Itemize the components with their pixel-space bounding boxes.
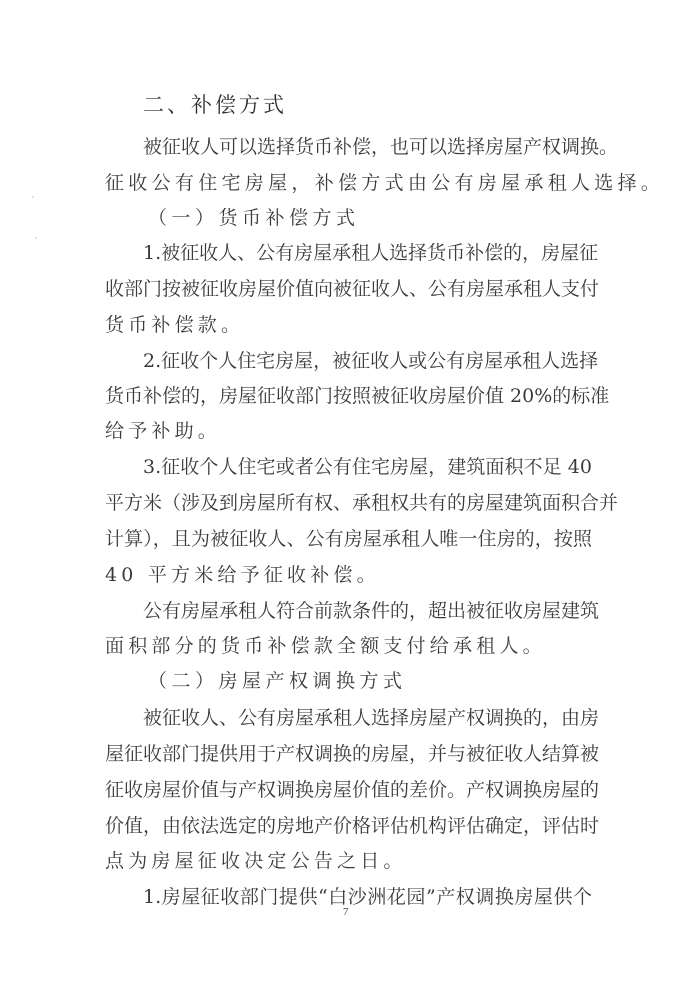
paragraph-line: 货币补偿款。 bbox=[105, 312, 592, 338]
paragraph-line: 屋征收部门提供用于产权调换的房屋，并与被征收人结算被 bbox=[105, 741, 592, 767]
section-heading: 二、补偿方式 bbox=[143, 92, 630, 118]
paragraph-line: 货币补偿的，房屋征收部门按照被征收房屋价值 20%的标准 bbox=[105, 383, 592, 409]
paragraph-line: 被征收人、公有房屋承租人选择房屋产权调换的，由房 bbox=[143, 705, 592, 731]
paragraph-line: 平方米（涉及到房屋所有权、承租权共有的房屋建筑面积合并 bbox=[105, 490, 592, 516]
subsection-heading-monetary: （一）货币补偿方式 bbox=[148, 205, 635, 231]
paragraph-line: 公有房屋承租人符合前款条件的，超出被征收房屋建筑 bbox=[143, 598, 592, 624]
scan-speck bbox=[32, 196, 34, 198]
paragraph-line: 征收房屋价值与产权调换房屋价值的差价。产权调换房屋的 bbox=[105, 777, 592, 803]
paragraph-line: 点为房屋征收决定公告之日。 bbox=[105, 848, 592, 874]
paragraph-line: 40 平方米给予征收补偿。 bbox=[105, 562, 592, 588]
paragraph-line: 3.征收个人住宅或者公有住宅房屋，建筑面积不足 40 bbox=[143, 454, 592, 480]
paragraph-line: 征收公有住宅房屋，补偿方式由公有房屋承租人选择。 bbox=[105, 170, 592, 196]
scan-speck bbox=[35, 237, 37, 239]
page-number: 7 bbox=[343, 906, 349, 918]
paragraph-line: 价值，由依法选定的房地产价格评估机构评估确定，评估时 bbox=[105, 813, 592, 839]
paragraph-line: 给予补助。 bbox=[105, 418, 592, 444]
paragraph-line: 1.被征收人、公有房屋承租人选择货币补偿的，房屋征 bbox=[143, 240, 592, 266]
paragraph-line: 面积部分的货币补偿款全额支付给承租人。 bbox=[105, 633, 592, 659]
paragraph-line: 1.房屋征收部门提供“白沙洲花园”产权调换房屋供个 bbox=[143, 884, 592, 910]
paragraph-line: 计算），且为被征收人、公有房屋承租人唯一住房的，按照 bbox=[105, 526, 592, 552]
paragraph-line: 被征收人可以选择货币补偿，也可以选择房屋产权调换。 bbox=[143, 134, 600, 160]
subsection-heading-property-exchange: （二）房屋产权调换方式 bbox=[148, 668, 635, 694]
paragraph-line: 收部门按被征收房屋价值向被征收人、公有房屋承租人支付 bbox=[105, 276, 592, 302]
paragraph-line: 2.征收个人住宅房屋，被征收人或公有房屋承租人选择 bbox=[143, 348, 592, 374]
document-page: 二、补偿方式 被征收人可以选择货币补偿，也可以选择房屋产权调换。 征收公有住宅房… bbox=[0, 0, 699, 990]
